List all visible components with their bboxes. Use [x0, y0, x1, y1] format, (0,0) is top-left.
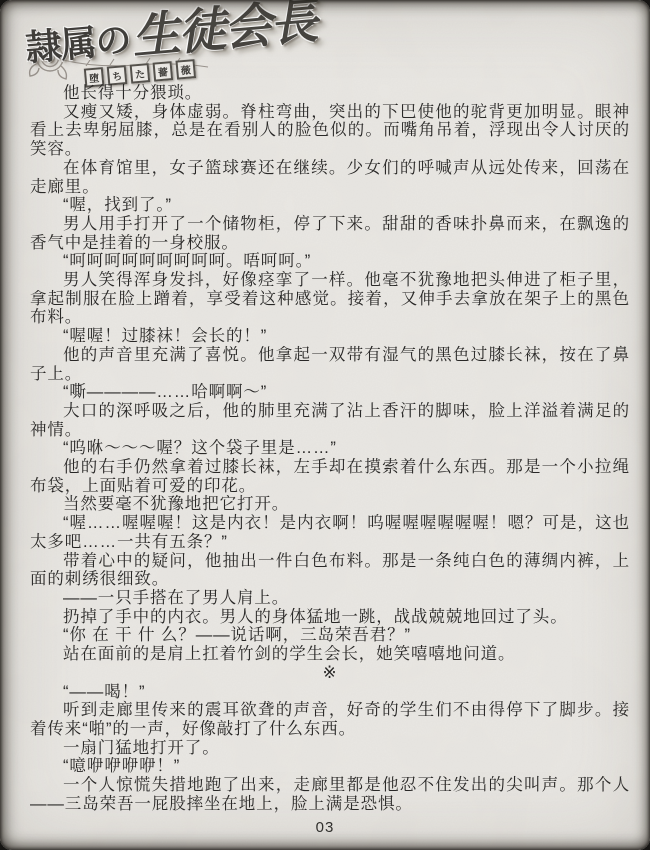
- paragraph: 男人笑得浑身发抖，好像痉挛了一样。他毫不犹豫地把头伸进了柜子里，拿起制服在脸上蹭…: [30, 271, 630, 327]
- paragraph: “你 在 干 什 么？——说话啊，三岛荣吾君？”: [30, 626, 630, 645]
- paragraph: “呜咻～～～喔？这个袋子里是……”: [30, 439, 630, 458]
- paragraph: 又瘦又矮，身体虚弱。脊柱弯曲，突出的下巴使他的驼背更加明显。眼神看上去卑躬屈膝，…: [30, 103, 630, 159]
- paragraph: “噫咿咿咿咿！”: [30, 757, 630, 776]
- paragraph: 大口的深呼吸之后，他的肺里充满了沾上香汗的脚味，脸上洋溢着满足的神情。: [30, 402, 630, 439]
- logo-subtitle-char: ち: [107, 65, 128, 86]
- paragraph: 扔掉了手中的内衣。男人的身体猛地一跳，战战兢兢地回过了头。: [30, 608, 630, 627]
- paragraph: “喔，找到了。”: [30, 196, 630, 215]
- paragraph: “喔喔！过膝袜！会长的！”: [30, 327, 630, 346]
- logo-title-part1: 隷属の: [23, 12, 132, 72]
- paragraph: 听到走廊里传来的震耳欲聋的声音，好奇的学生们不由得停下了脚步。接着传来“啪”的一…: [30, 701, 630, 738]
- paragraph: 男人用手打开了一个储物柜，停了下来。甜甜的香味扑鼻而来，在飘逸的香气中是挂着的一…: [30, 215, 630, 252]
- paragraph: 在体育馆里，女子篮球赛还在继续。少女们的呼喊声从远处传来，回荡在走廊里。: [30, 159, 630, 196]
- paragraph: ——一只手搭在了男人肩上。: [30, 589, 630, 608]
- scanned-book-page: 隷属の 生徒会長 堕ちた薔薇 他长得十分猥琐。又瘦又矮，身体虚弱。脊柱弯曲，突出…: [0, 0, 650, 850]
- paragraph: 他的右手仍然拿着过膝长袜，左手却在摸索着什么东西。那是一个小拉绳布袋，上面贴着可…: [30, 458, 630, 495]
- paragraph: 带着心中的疑问，他抽出一件白色布料。那是一条纯白色的薄绸内裤，上面的刺绣很细致。: [30, 552, 630, 589]
- paragraph: “嘶————……哈啊啊～”: [30, 383, 630, 402]
- paragraph: “呵呵呵呵呵呵呵呵呵。唔呵呵。”: [30, 252, 630, 271]
- paragraph: 一扇门猛地打开了。: [30, 739, 630, 758]
- paragraph: 他的声音里充满了喜悦。他拿起一双带有湿气的黑色过膝长袜，按在了鼻子上。: [30, 346, 630, 383]
- logo-subtitle-char: 薔: [153, 61, 174, 82]
- book-logo: 隷属の 生徒会長 堕ちた薔薇: [23, 0, 319, 93]
- logo-subtitle-char: 薇: [175, 59, 196, 80]
- novel-text-body: 他长得十分猥琐。又瘦又矮，身体虚弱。脊柱弯曲，突出的下巴使他的驼背更加明显。眼神…: [30, 84, 630, 813]
- section-separator: ※: [30, 664, 630, 683]
- paragraph: 他长得十分猥琐。: [30, 84, 630, 103]
- paragraph: 当然要毫不犹豫地把它打开。: [30, 495, 630, 514]
- paragraph: “——喝！”: [30, 683, 630, 702]
- paragraph: 一个人惊慌失措地跑了出来，走廊里都是他忍不住发出的尖叫声。那个人——三岛荣吾一屁…: [30, 776, 630, 813]
- paragraph: “喔……喔喔喔！这是内衣！是内衣啊！呜喔喔喔喔喔喔！嗯？可是，这也太多吧……一共…: [30, 514, 630, 551]
- page-number: 03: [0, 819, 650, 836]
- paragraph: 站在面前的是肩上扛着竹剑的学生会长，她笑嘻嘻地问道。: [30, 645, 630, 664]
- logo-subtitle-char: た: [130, 63, 151, 84]
